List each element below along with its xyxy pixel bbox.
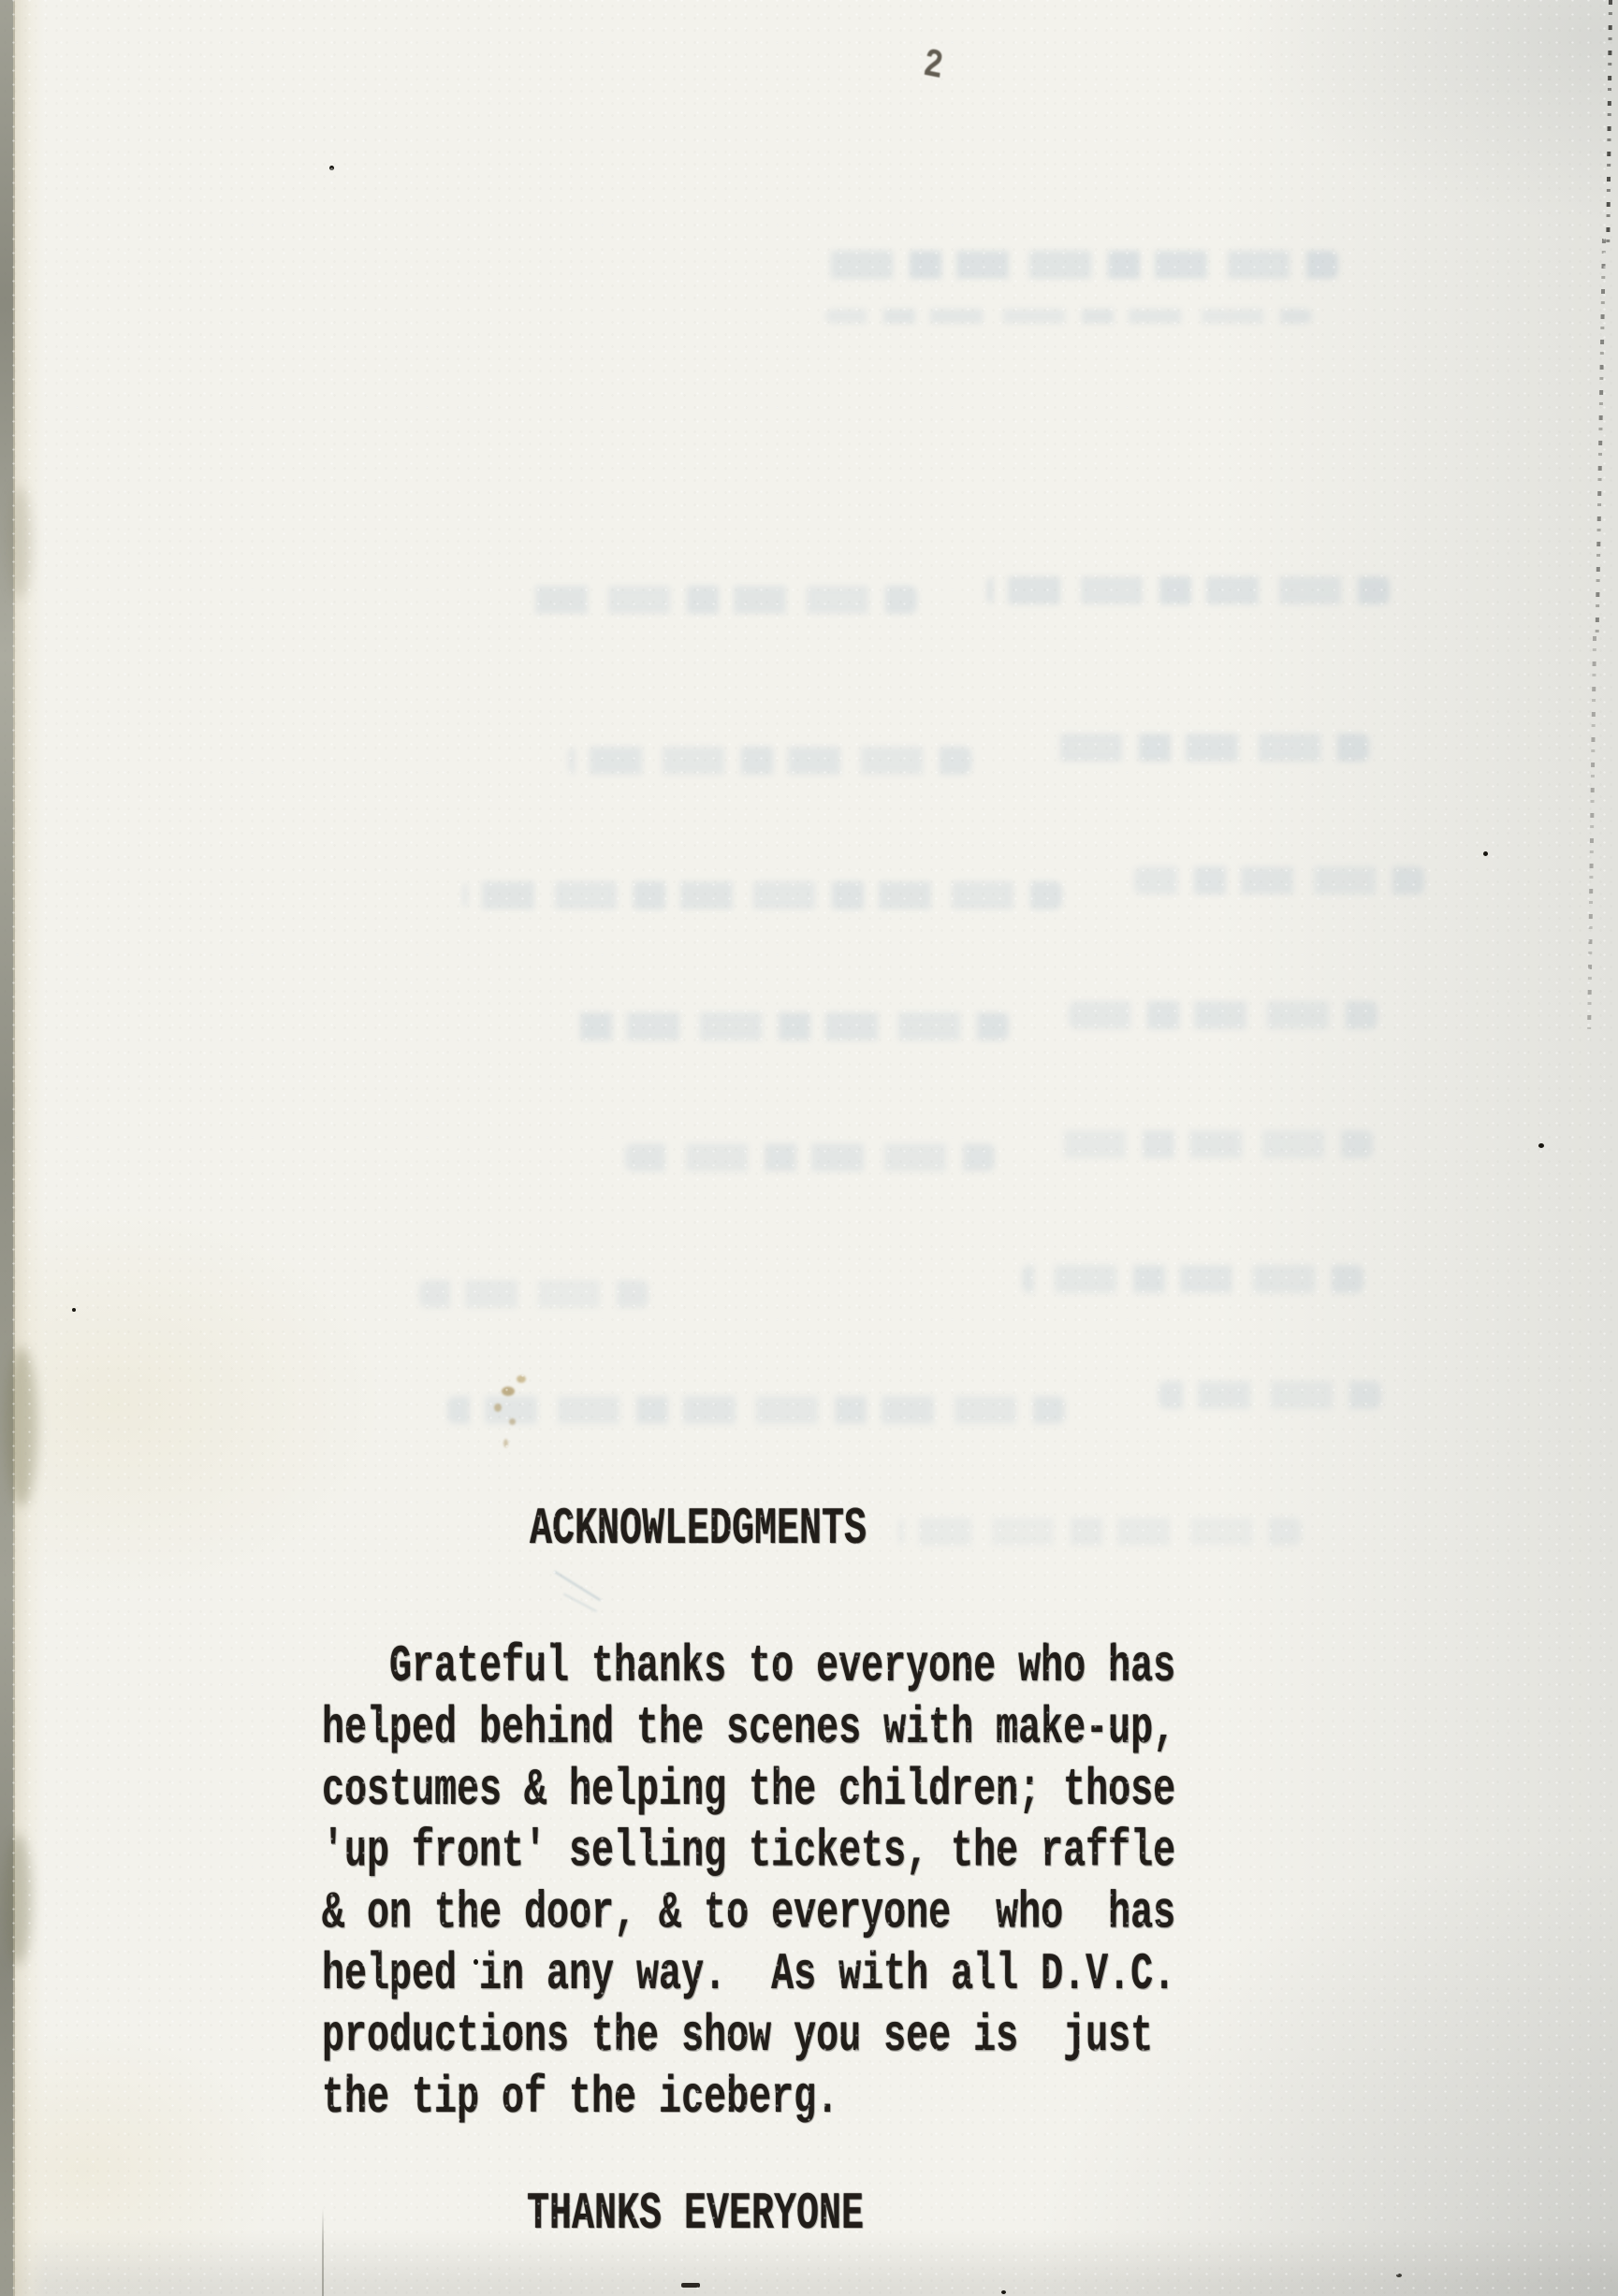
edge-stain: [7, 487, 32, 599]
scanned-program-page: 2 ACKNOWLEDGMENTS Grateful thanks to eve…: [0, 0, 1618, 2296]
ink-speck: [72, 1308, 76, 1312]
bleed-through-line: [569, 747, 971, 775]
edge-stain: [4, 1834, 32, 1965]
edge-stain: [6, 1347, 37, 1506]
bleed-through-line: [814, 251, 1338, 279]
bleed-through-line: [1134, 866, 1424, 894]
stain: [517, 1375, 526, 1383]
binding-edge-dots: [1606, 0, 1612, 243]
ink-speck: [1483, 851, 1488, 856]
bleed-through-line: [1069, 1001, 1377, 1029]
fold-crease: [322, 2208, 324, 2296]
bleed-through-line: [1022, 1265, 1363, 1293]
ink-speck: [1538, 1143, 1544, 1148]
bleed-through-line: [569, 1012, 1009, 1040]
ink-speck: [1001, 2290, 1006, 2294]
acknowledgments-paragraph: Grateful thanks to everyone who has help…: [322, 1637, 1175, 2129]
binding-edge-dots: [1595, 239, 1606, 641]
ink-speck: [329, 166, 334, 170]
binding-edge-dots: [1587, 636, 1596, 1029]
stain: [509, 1418, 516, 1425]
footer-dash-mark: [681, 2283, 700, 2288]
stain: [494, 1403, 502, 1412]
page-number: 2: [921, 43, 945, 91]
bleed-through-line: [463, 881, 1062, 909]
bleed-through-line: [625, 1143, 995, 1171]
bleed-through-line: [419, 1280, 649, 1308]
ink-speck: [1396, 2274, 1402, 2277]
scratch-mark: [554, 1571, 601, 1601]
bleed-through-line: [1046, 734, 1369, 762]
bleed-through-line: [898, 1518, 1301, 1546]
bleed-through-line: [524, 586, 917, 614]
bleed-through-line: [987, 576, 1390, 604]
bleed-through-line: [1159, 1381, 1381, 1409]
stain: [503, 1439, 508, 1447]
closing-line: THANKS EVERYONE: [527, 2186, 864, 2245]
stain: [502, 1387, 515, 1396]
acknowledgments-heading: ACKNOWLEDGMENTS: [530, 1501, 867, 1560]
bleed-through-line: [447, 1396, 1065, 1424]
bleed-through-line: [825, 309, 1312, 324]
bleed-through-line: [1059, 1130, 1373, 1158]
